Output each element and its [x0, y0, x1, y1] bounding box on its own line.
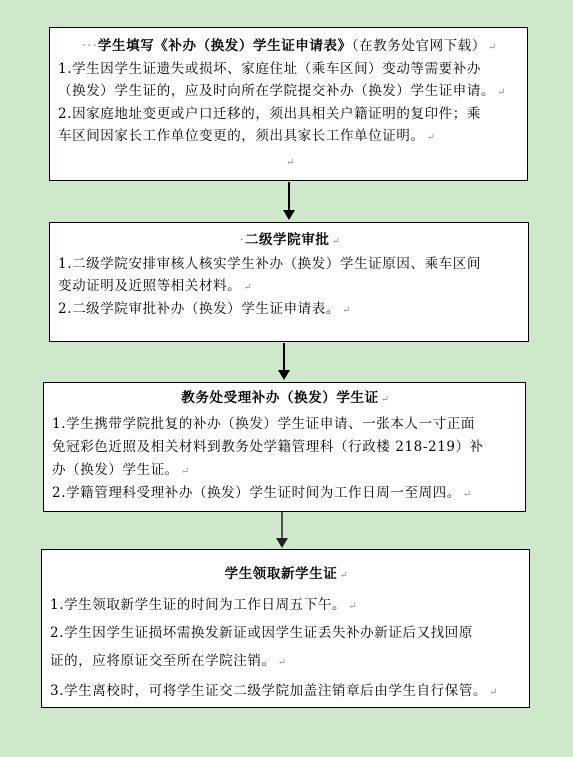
step-4-line-4-text: 3.学生离校时，可将学生证交二级学院加盖注销章后由学生自行保管。: [50, 683, 487, 699]
step-1-title-bold: 学生填写《补办（换发）学生证申请表》: [98, 38, 352, 54]
step-1-line-1-text: 1.学生因学生证遗失或损坏、家庭住址（乘车区间）变动等需要补办: [58, 61, 481, 77]
step-4-title: 学生领取新学生证↵: [50, 564, 523, 584]
step-4-box: 学生领取新学生证↵ 1.学生领取新学生证的时间为工作日周五下午。↵ 2.学生因学…: [41, 549, 530, 708]
step-1-line-3: 2.因家庭地址变更或户口迁移的，须出具相关户籍证明的复印件；乘: [58, 104, 521, 124]
step-2-box: ·二级学院审批↵ 1.二级学院安排审核人核实学生补办（换发）学生证原因、乘车区间…: [49, 222, 529, 342]
step-2-line-3: 2.二级学院审批补办（换发）学生证申请表。↵: [58, 299, 522, 319]
step-2-line-1-text: 1.二级学院安排审核人核实学生补办（换发）学生证原因、乘车区间: [58, 256, 481, 272]
step-3-line-1-text: 1.学生携带学院批复的补办（换发）学生证申请、一张本人一寸正面: [52, 416, 475, 432]
arrow-down-icon: [276, 512, 288, 548]
step-3-line-2-text: 免冠彩色近照及相关材料到教务处学籍管理科（行政楼 218-219）补: [52, 439, 484, 455]
paragraph-mark-icon: ↵: [278, 657, 287, 668]
step-1-line-4-text: 车区间因家长工作单位变更的，须出具家长工作单位证明。: [58, 128, 425, 144]
step-3-line-4: 2.学籍管理科受理补办（换发）学生证时间为工作日周一至周四。↵: [52, 483, 519, 503]
step-1-title-prefix: ···: [82, 38, 98, 54]
step-1-title: ···学生填写《补办（换发）学生证申请表》（在教务处官网下载）↵: [58, 36, 521, 56]
step-1-line-4: 车区间因家长工作单位变更的，须出具家长工作单位证明。↵: [58, 126, 521, 146]
step-4-line-1: 1.学生领取新学生证的时间为工作日周五下午。↵: [50, 595, 523, 615]
paragraph-mark-icon: ↵: [348, 601, 357, 612]
paragraph-mark-icon: ↵: [427, 132, 436, 143]
step-3-line-2: 免冠彩色近照及相关材料到教务处学籍管理科（行政楼 218-219）补: [52, 437, 519, 457]
step-3-line-3: 办（换发）学生证。↵: [52, 460, 519, 480]
step-2-title: ·二级学院审批↵: [58, 230, 522, 250]
paragraph-mark-icon: ↵: [489, 687, 498, 698]
step-3-line-1: 1.学生携带学院批复的补办（换发）学生证申请、一张本人一寸正面: [52, 414, 519, 434]
step-4-line-3: 证的，应将原证交至所在学院注销。↵: [50, 651, 523, 671]
arrow-down-icon: [278, 343, 290, 381]
step-4-title-text: 学生领取新学生证: [225, 566, 338, 582]
step-3-title-text: 教务处受理补办（换发）学生证: [181, 390, 378, 406]
paragraph-mark-icon: ↵: [342, 305, 351, 316]
step-3-box: 教务处受理补办（换发）学生证↵ 1.学生携带学院批复的补办（换发）学生证申请、一…: [43, 382, 526, 512]
step-4-line-2: 2.学生因学生证损坏需换发新证或因学生证丢失补办新证后又找回原: [50, 623, 523, 643]
paragraph-mark-icon: ↵: [463, 489, 472, 500]
paragraph-mark-icon: ↵: [331, 236, 340, 247]
step-3-line-4-text: 2.学籍管理科受理补办（换发）学生证时间为工作日周一至周四。: [52, 485, 461, 501]
paragraph-mark-icon: ↵: [339, 570, 348, 581]
step-1-line-2-text: （换发）学生证的，应及时向所在学院提交补办（换发）学生证申请。: [58, 83, 495, 99]
step-2-title-text: 二级学院审批: [245, 232, 330, 248]
step-3-line-3-text: 办（换发）学生证。: [52, 462, 179, 478]
step-4-line-3-text: 证的，应将原证交至所在学院注销。: [50, 653, 276, 669]
paragraph-mark-icon: ↵: [488, 42, 497, 53]
paragraph-mark-icon: ↵: [381, 394, 390, 405]
step-1-line-1: 1.学生因学生证遗失或损坏、家庭住址（乘车区间）变动等需要补办: [58, 59, 521, 79]
step-4-line-4: 3.学生离校时，可将学生证交二级学院加盖注销章后由学生自行保管。↵: [50, 681, 523, 701]
step-1-title-note: （在教务处官网下载）: [352, 38, 486, 54]
step-1-empty-line: ↵: [58, 151, 521, 171]
step-1-line-2: （换发）学生证的，应及时向所在学院提交补办（换发）学生证申请。↵: [58, 81, 521, 101]
paragraph-mark-icon: ↵: [286, 157, 295, 168]
arrow-down-icon: [283, 182, 295, 221]
paragraph-mark-icon: ↵: [497, 87, 506, 98]
paragraph-mark-icon: ↵: [181, 466, 190, 477]
step-2-line-3-text: 2.二级学院审批补办（换发）学生证申请表。: [58, 301, 340, 317]
step-1-box: ···学生填写《补办（换发）学生证申请表》（在教务处官网下载）↵ 1.学生因学生…: [49, 27, 528, 181]
step-4-line-1-text: 1.学生领取新学生证的时间为工作日周五下午。: [50, 597, 346, 613]
paragraph-mark-icon: ↵: [243, 282, 252, 293]
step-3-title: 教务处受理补办（换发）学生证↵: [52, 388, 519, 408]
step-4-line-2-text: 2.学生因学生证损坏需换发新证或因学生证丢失补办新证后又找回原: [50, 625, 473, 641]
step-2-line-2-text: 变动证明及近照等相关材料。: [58, 278, 241, 294]
step-2-line-1: 1.二级学院安排审核人核实学生补办（换发）学生证原因、乘车区间: [58, 254, 522, 274]
step-1-line-3-text: 2.因家庭地址变更或户口迁移的，须出具相关户籍证明的复印件；乘: [58, 106, 481, 122]
step-2-line-2: 变动证明及近照等相关材料。↵: [58, 276, 522, 296]
